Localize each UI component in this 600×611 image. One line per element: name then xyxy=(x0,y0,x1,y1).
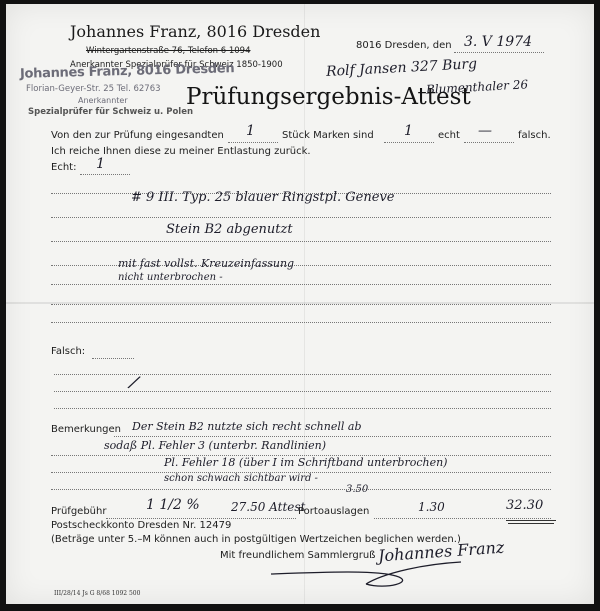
fee-total: 32.30 xyxy=(506,498,543,513)
print-code: III/28/14 Js G 8/68 1092 500 xyxy=(54,590,140,597)
letterhead-name: Johannes Franz, 8016 Dresden xyxy=(70,22,320,41)
remarks-label: Bemerkungen xyxy=(51,424,121,435)
fee-rate: 1 1/2 % xyxy=(146,497,200,513)
summary-prefix: Von den zur Prüfung eingesandten xyxy=(51,130,224,141)
remark-line-2: sodaß Pl. Fehler 3 (unterbr. Randlinien) xyxy=(104,439,326,452)
payment-note: (Beträge unter 5.–M können auch in postg… xyxy=(51,534,461,545)
echt-detail-line-3: mit fast vollst. Kreuzeinfassung xyxy=(118,257,294,270)
page-title: Prüfungsergebnis-Attest xyxy=(186,84,471,110)
count-genuine: 1 xyxy=(404,123,413,139)
falsch-section-label: Falsch: xyxy=(51,346,85,357)
date-value: 3. V 1974 xyxy=(464,34,532,50)
echt-label: echt xyxy=(438,130,460,141)
fee-amount: 27.50 Attest xyxy=(231,500,305,514)
echt-detail-line-4: nicht unterbrochen - xyxy=(118,272,223,283)
return-note: Ich reiche Ihnen diese zu meiner Entlast… xyxy=(51,146,311,157)
stamp-name: Johannes Franz, 8016 Dresden xyxy=(20,61,235,82)
remark-line-1: Der Stein B2 nutzte sich recht schnell a… xyxy=(132,420,362,433)
postage-label: Portoauslagen xyxy=(298,506,369,517)
letterhead-address: Wintergartenstraße 76, Telefon 6 1094 xyxy=(86,46,250,56)
attest-document: Johannes Franz, 8016 Dresden Wintergarte… xyxy=(6,4,594,604)
signature-flourish xyxy=(266,552,466,592)
remark-line-4: schon schwach sichtbar wird - xyxy=(164,473,318,484)
recipient-line-1: Rolf Jansen 327 Burg xyxy=(326,56,478,80)
echt-value: 1 xyxy=(96,156,105,172)
count-fake: — xyxy=(478,123,492,139)
postal-account: Postscheckkonto Dresden Nr. 12479 xyxy=(51,520,231,531)
remark-line-3: Pl. Fehler 18 (über I im Schriftband unt… xyxy=(164,456,447,469)
postage-value: 1.30 xyxy=(418,500,445,514)
echt-detail-line-2: Stein B2 abgenutzt xyxy=(166,222,293,237)
stamp-title: Anerkannter xyxy=(78,96,128,105)
summary-middle: Stück Marken sind xyxy=(282,130,374,141)
date-label: 8016 Dresden, den xyxy=(356,40,452,51)
stamp-address: Florian-Geyer-Str. 25 Tel. 62763 xyxy=(26,84,161,94)
fee-label: Prüfgebühr xyxy=(51,506,106,517)
count-sent: 1 xyxy=(246,123,255,139)
falsch-label-summary: falsch. xyxy=(518,130,551,141)
echt-section-label: Echt: xyxy=(51,162,76,173)
fee-subtotal-note: 3.50 xyxy=(346,484,368,495)
stamp-specialty: Spezialprüfer für Schweiz u. Polen xyxy=(28,107,193,117)
echt-detail-line-1: # 9 III. Typ. 25 blauer Ringstpl. Geneve xyxy=(131,190,394,205)
